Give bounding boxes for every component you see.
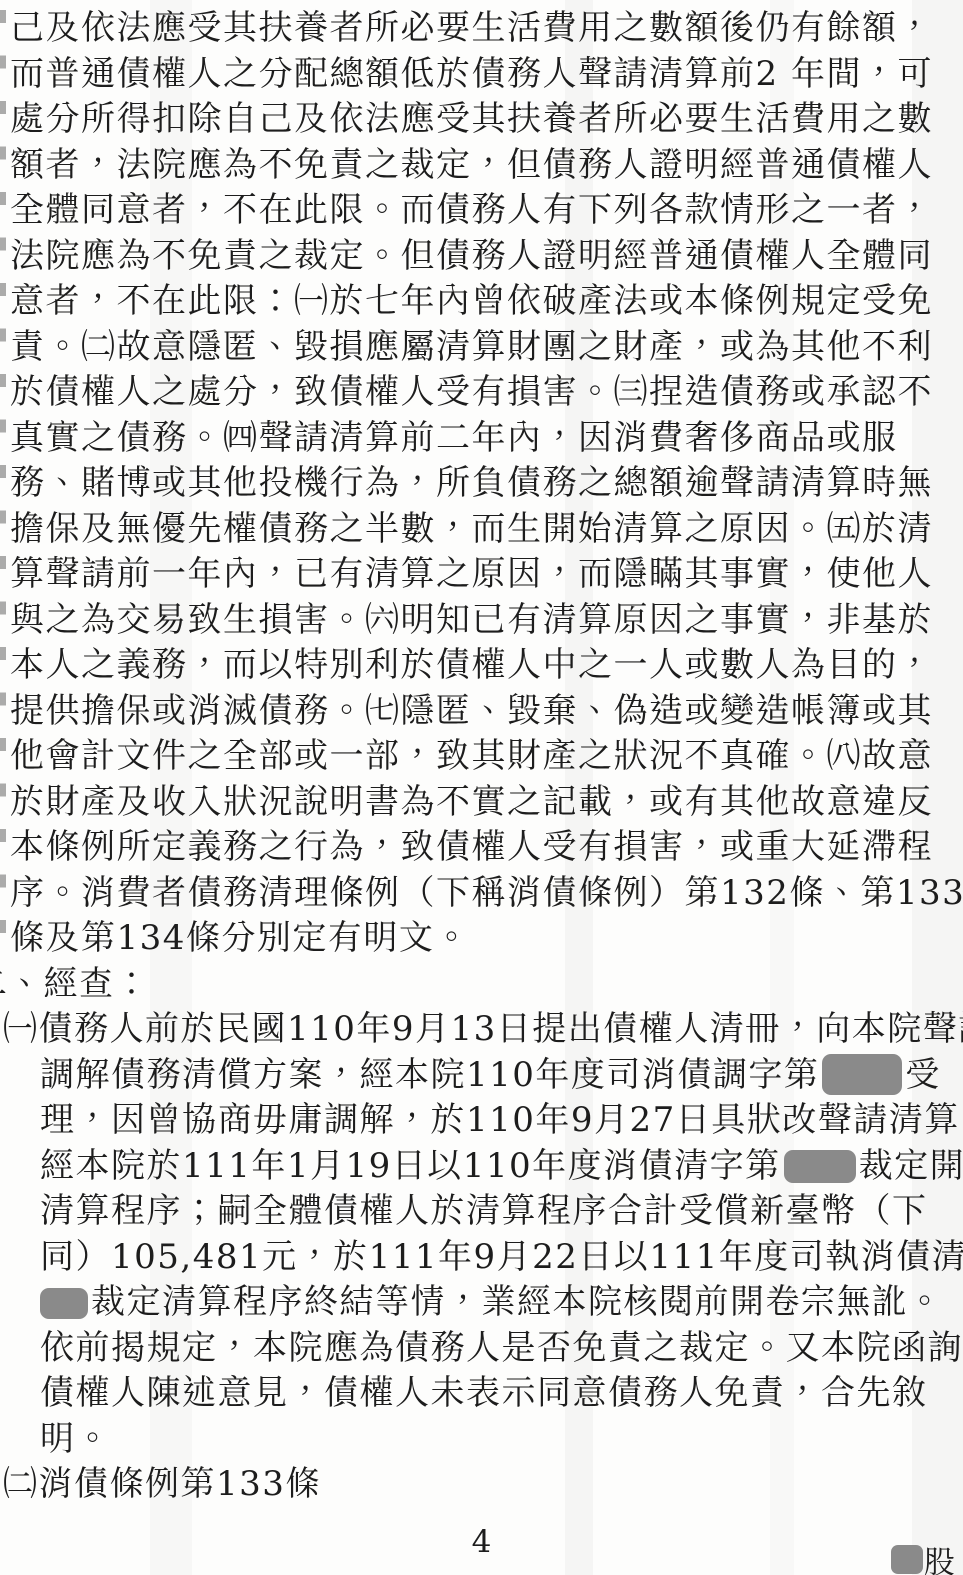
redaction-box [784,1150,856,1183]
section-heading-text: 、經查： [8,964,150,1004]
redaction-box [40,1288,88,1319]
text-line: 全體同意者，不在此限。而債務人有下列各款情形之一者， [10,188,963,234]
item-one-line4-before: 經本院於111年1月19日以110年度消債清字第 [40,1146,781,1186]
text-line: 處分所得扣除自己及依法應受其扶養者所必要生活費用之數 [10,97,963,143]
text-line: 本人之義務，而以特別利於債權人中之一人或數人為目的， [10,643,963,689]
text-line: 理，因曾協商毋庸調解，於110年9月27日具狀改聲請清算， [40,1098,963,1144]
document-content: 己及依法應受其扶養者所必要生活費用之數額後仍有餘額， 而普通債權人之分配總額低於… [0,6,963,1508]
text-line: 同）105,481元，於111年9月22日以111年度司執消債清字第 [40,1235,963,1281]
redaction-box [822,1054,902,1095]
text-line: 意者，不在此限：㈠於七年內曾依破產法或本條例規定受免 [10,279,963,325]
text-line: 條及第134條分別定有明文。 [10,916,963,962]
text-line: 責。㈡故意隱匿、毀損應屬清算財團之財產，或為其他不利 [10,325,963,371]
text-line: 調解債務清償方案，經本院110年度司消債調字第受 [40,1053,963,1099]
text-line: 經本院於111年1月19日以110年度消債清字第裁定開始 [40,1144,963,1190]
text-line: 裁定清算程序終結等情，業經本院核閱前開卷宗無訛。 [40,1280,963,1326]
item-two-text: 消債條例第133條 [39,1464,321,1504]
clerk-division-stamp: 股 [891,1537,955,1575]
text-line: 債權人陳述意見，債權人未表示同意債務人免責，合先敘 [40,1371,963,1417]
text-line: 己及依法應受其扶養者所必要生活費用之數額後仍有餘額， [10,6,963,52]
text-line: 清算程序；嗣全體債權人於清算程序合計受償新臺幣（下 [40,1189,963,1235]
text-line: 他會計文件之全部或一部，致其財產之狀況不真確。㈧故意 [10,734,963,780]
item-one-line1: 債務人前於民國110年9月13日提出債權人清冊，向本院聲請 [39,1009,963,1049]
text-line: 提供擔保或消滅債務。㈦隱匿、毀棄、偽造或變造帳簿或其 [10,689,963,735]
legal-provisions-paragraph: 己及依法應受其扶養者所必要生活費用之數額後仍有餘額， 而普通債權人之分配總額低於… [0,6,963,962]
text-line: 真實之債務。㈣聲請清算前二年內，因消費奢侈商品或服 [10,416,963,462]
clipped-section-numeral: 二 [0,962,8,1008]
item-one-line4-after: 裁定開始 [859,1146,963,1186]
scanned-court-document-page: 己及依法應受其扶養者所必要生活費用之數額後仍有餘額， 而普通債權人之分配總額低於… [0,0,963,1575]
text-line: ㈡消債條例第133條 [3,1462,963,1508]
list-item-one: ㈠債務人前於民國110年9月13日提出債權人清冊，向本院聲請 調解債務清償方案，… [0,1007,963,1462]
text-line: 依前揭規定，本院應為債務人是否免責之裁定。又本院函詢 [40,1326,963,1372]
clerk-division-suffix: 股 [924,1537,955,1575]
text-line: 與之為交易致生損害。㈥明知已有清算原因之事實，非基於 [10,598,963,644]
list-item-two: ㈡消債條例第133條 [0,1462,963,1508]
text-line: 明。 [40,1417,963,1463]
item-two-marker: ㈡ [3,1462,39,1508]
text-line: 於債權人之處分，致債權人受有損害。㈢捏造債務或承認不 [10,370,963,416]
text-line: 務、賭博或其他投機行為，所負債務之總額逾聲請清算時無 [10,461,963,507]
section-heading-jingcha: 二、經查： [0,962,963,1008]
item-one-marker: ㈠ [3,1007,39,1053]
text-line: 而普通債權人之分配總額低於債務人聲請清算前2 年間，可 [10,52,963,98]
page-number: 4 [0,1524,963,1560]
text-line: 於財產及收入狀況說明書為不實之記載，或有其他故意違反 [10,780,963,826]
text-line: 擔保及無優先權債務之半數，而生開始清算之原因。㈤於清 [10,507,963,553]
item-one-line7-after: 裁定清算程序終結等情，業經本院核閱前開卷宗無訛。 [91,1282,943,1322]
redaction-box [891,1545,923,1574]
text-line: 序。消費者債務清理條例（下稱消債條例）第132條、第133 [10,871,963,917]
item-one-line2-before: 調解債務清償方案，經本院110年度司消債調字第 [40,1055,819,1095]
text-line: 法院應為不免責之裁定。但債務人證明經普通債權人全體同 [10,234,963,280]
text-line: ㈠債務人前於民國110年9月13日提出債權人清冊，向本院聲請 [3,1007,963,1053]
text-line: 額者，法院應為不免責之裁定，但債務人證明經普通債權人 [10,143,963,189]
item-one-line2-after: 受 [905,1055,941,1095]
text-line: 本條例所定義務之行為，致債權人受有損害，或重大延滯程 [10,825,963,871]
text-line: 算聲請前一年內，已有清算之原因，而隱瞞其事實，使他人 [10,552,963,598]
